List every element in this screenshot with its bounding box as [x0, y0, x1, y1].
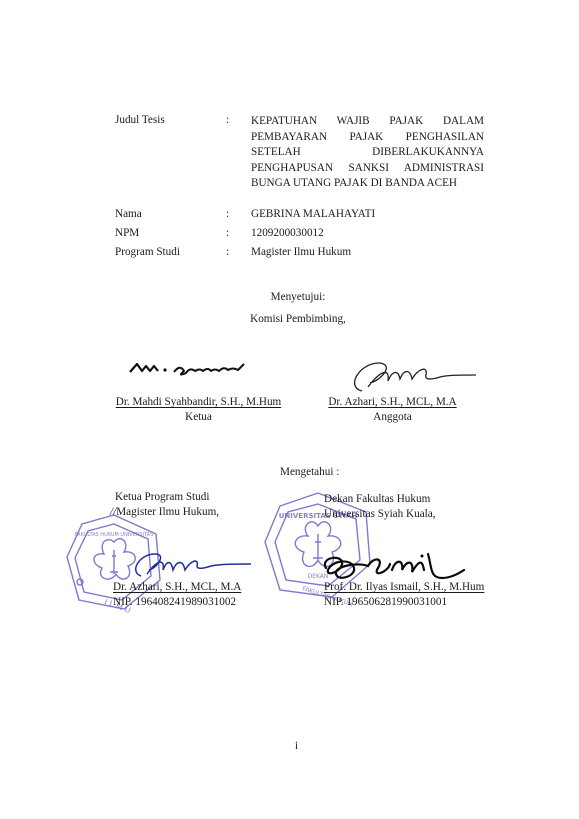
signature-supervisor2-icon: [340, 357, 480, 397]
program-label: Program Studi: [115, 246, 180, 258]
program-colon: :: [226, 246, 229, 258]
title-colon: :: [226, 114, 229, 126]
program-value: Magister Ilmu Hukum: [251, 246, 351, 258]
thesis-title-line: BUNGA UTANG PAJAK DI BANDA ACEH: [251, 176, 484, 192]
committee-label-text: Komisi Pembimbing,: [250, 313, 346, 325]
committee-label: Komisi Pembimbing,: [0, 313, 579, 325]
thesis-title-line: PEMBAYARAN PAJAK PENGHASILAN: [251, 130, 484, 146]
right-name-text: Prof. Dr. Ilyas Ismail, S.H., M.Hum: [324, 581, 484, 593]
approval-heading-text: Menyetujui:: [271, 291, 326, 303]
supervisor2-role: Anggota: [320, 411, 465, 423]
signature-supervisor1-icon: [128, 360, 258, 380]
left-nip: NIP. 196408241989031002: [113, 596, 236, 608]
supervisor1-name: Dr. Mahdi Syahbandir, S.H., M.Hum: [115, 396, 282, 408]
thesis-title-line: KEPATUHAN WAJIB PAJAK DALAM: [251, 114, 484, 130]
supervisor2-name-text: Dr. Azhari, S.H., MCL, M.A: [328, 396, 456, 408]
supervisor1-name-text: Dr. Mahdi Syahbandir, S.H., M.Hum: [116, 396, 282, 408]
left-name: Dr. Azhari, S.H., MCL, M.A: [113, 581, 241, 593]
right-nip: NIP. 196506281990031001: [324, 596, 447, 608]
right-title1: Dekan Fakultas Hukum: [324, 493, 430, 505]
left-name-text: Dr. Azhari, S.H., MCL, M.A: [113, 581, 241, 593]
acknowledgement-heading: Mengetahui :: [280, 466, 339, 478]
npm-colon: :: [226, 227, 229, 239]
approval-heading: Menyetujui:: [0, 291, 579, 303]
npm-value: 1209200030012: [251, 227, 324, 239]
thesis-title-line: PENGHAPUSAN SANKSI ADMINISTRASI: [251, 161, 484, 177]
left-title2-text: Magister Ilmu Hukum,: [116, 506, 219, 518]
left-title2: //Magister Ilmu Hukum,: [110, 506, 219, 518]
npm-label: NPM: [115, 227, 139, 239]
supervisor2-name: Dr. Azhari, S.H., MCL, M.A: [320, 396, 465, 408]
svg-text:FAKULTAS HUKUM UNIVERSITAS: FAKULTAS HUKUM UNIVERSITAS: [75, 532, 154, 538]
name-colon: :: [226, 208, 229, 220]
thesis-title-line: SETELAH DIBERLAKUKANNYA: [251, 145, 484, 161]
right-title2: Universitas Syiah Kuala,: [324, 508, 436, 520]
right-name: Prof. Dr. Ilyas Ismail, S.H., M.Hum: [324, 581, 484, 593]
supervisor1-role: Ketua: [115, 411, 282, 423]
name-value: GEBRINA MALAHAYATI: [251, 208, 375, 220]
title-label: Judul Tesis: [115, 114, 165, 126]
left-title1: Ketua Program Studi: [115, 491, 209, 503]
page-number: i: [295, 740, 298, 752]
thesis-title: KEPATUHAN WAJIB PAJAK DALAM PEMBAYARAN P…: [251, 114, 484, 192]
signature-program-head-icon: [125, 548, 255, 580]
name-label: Nama: [115, 208, 142, 220]
